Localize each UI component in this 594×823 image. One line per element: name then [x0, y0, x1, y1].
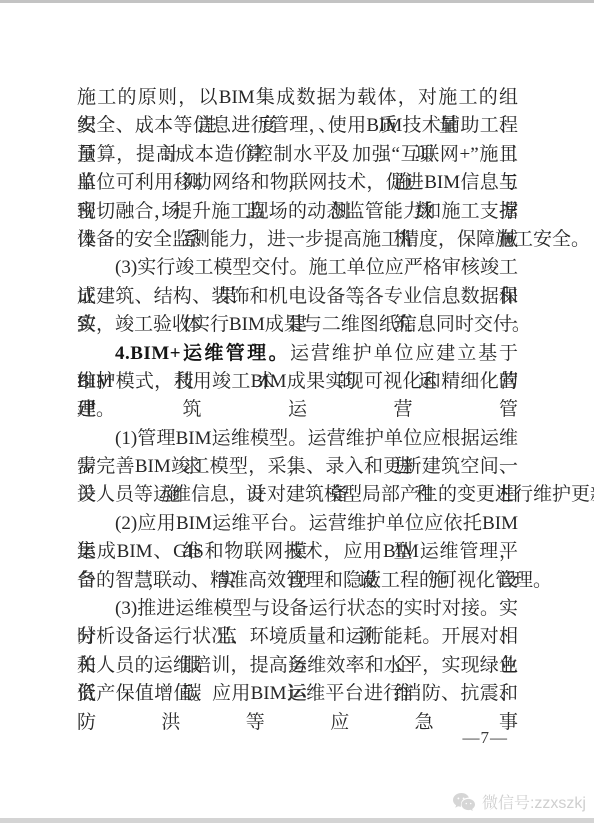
text-line: 证建筑、结构、装饰和机电设备等各专业信息数据和实体建筑一	[77, 283, 518, 311]
watermark: 微信号:zzxszkj	[452, 790, 586, 813]
text-line: 集成BIM、GIS和物联网技术，应用BIM运维管理平台，实现设施设	[77, 538, 518, 566]
text-line: 关人员等运维信息，并对建筑模型局部产生的变更进行维护更新。	[77, 481, 518, 509]
text-line: (2)应用BIM运维平台。运营维护单位应依托BIM运维模型，	[77, 510, 518, 538]
text-line: 安全、成本等信息进行管理，使用BIM技术辅助工程量计算及项目	[77, 112, 518, 140]
text-line: 预算，提高成本造价控制水平。加强“互联网+”施工监测，施工	[77, 141, 518, 169]
text-line: 4.BIM+运维管理。运营维护单位应建立基于BIM技术的运营	[77, 340, 518, 368]
document-body: 施工的原则，以BIM集成数据为载体，对施工的组织、进度、质量、安全、成本等信息进…	[77, 84, 518, 709]
text-line: 维护模式，利用竣工BIM成果实现可视化和精细化的建筑运营管	[77, 368, 518, 396]
text-line: 资产保值增值。应用BIM运维平台进行消防、抗震、防洪等应急事	[77, 680, 518, 708]
page-number: —7—	[463, 728, 509, 748]
text-line: 单位可利用移动网络和物联网技术，促进BIM信息与现场监测数据	[77, 169, 518, 197]
text-line: 致，竣工验收实行BIM成果与二维图纸信息同时交付。	[77, 311, 518, 339]
watermark-label: 微信号:zzxszkj	[482, 790, 586, 813]
text-line: 步完善BIM竣工模型，采集、录入和更新建筑空间、设施设备和相	[77, 453, 518, 481]
text-line: 和人员的运维培训，提高运维效率和水平，实现绿色低碳运维和	[77, 652, 518, 680]
text-line: (1)管理BIM运维模型。运营维护单位应根据运维需求，进一	[77, 425, 518, 453]
text-line: 分析设备运行状况、环境质量和运行能耗。开展对相关服务企业	[77, 623, 518, 651]
text-line: 密切融合，提升施工现场的动态监管能力和施工支撑体系、机械	[77, 198, 518, 226]
text-line: 备的智慧联动、精准高效管理和隐蔽工程的可视化管理。	[77, 567, 518, 595]
text-line: (3)实行竣工模型交付。施工单位应严格审核竣工成果，保	[77, 254, 518, 282]
top-edge-bar	[0, 0, 594, 3]
text-line: (3)推进运维模型与设备运行状态的实时对接。实时监测、	[77, 595, 518, 623]
bottom-edge-bar	[0, 818, 594, 823]
text-line: 设备的安全监测能力，进一步提高施工精度，保障施工安全。	[77, 226, 518, 254]
text-line: 施工的原则，以BIM集成数据为载体，对施工的组织、进度、质量、	[77, 84, 518, 112]
section-heading: 4.BIM+运维管理。	[115, 343, 290, 364]
wechat-icon	[452, 792, 476, 812]
